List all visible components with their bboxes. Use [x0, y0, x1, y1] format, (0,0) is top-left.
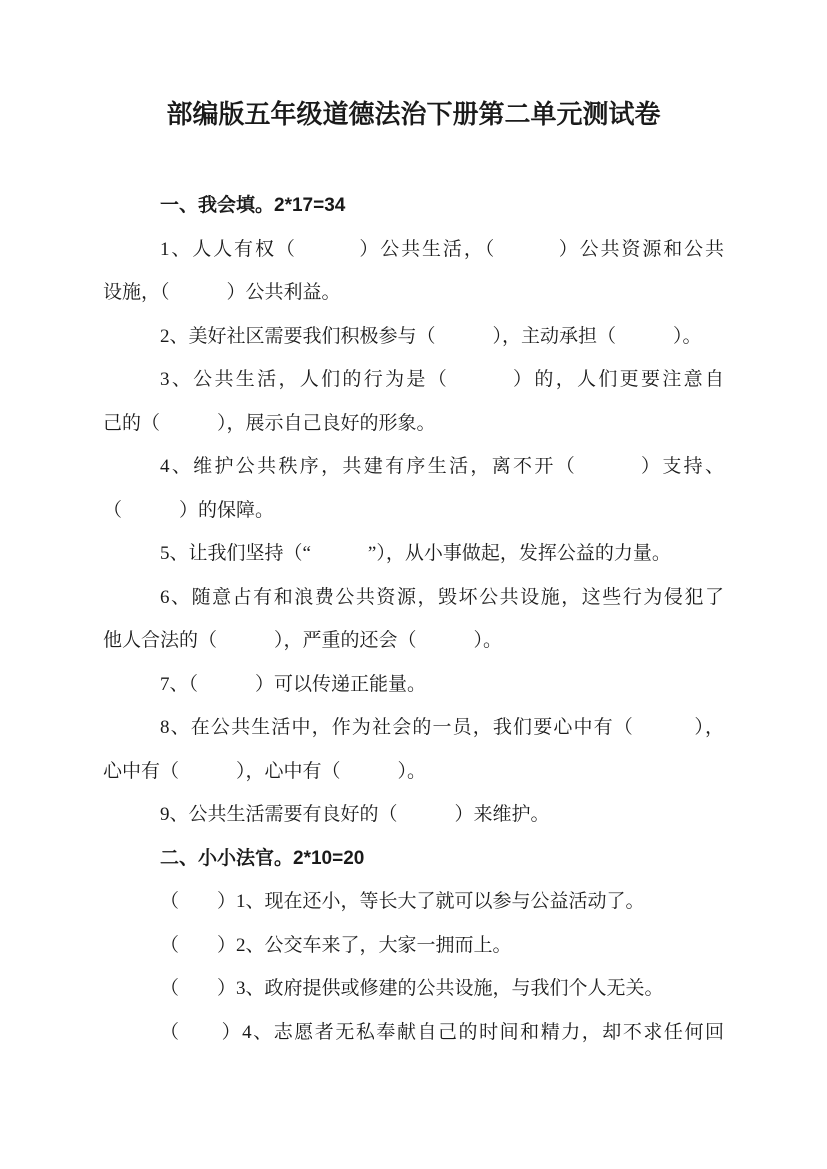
question-line: 8、在公共生活中，作为社会的一员，我们要心中有（ ），: [103, 706, 724, 750]
question-line: 9、公共生活需要有良好的（ ）来维护。: [103, 793, 724, 837]
question-line: 6、随意占有和浪费公共资源，毁坏公共设施，这些行为侵犯了: [103, 576, 724, 620]
judge-line: （ ）3、政府提供或修建的公共设施，与我们个人无关。: [103, 967, 724, 1011]
section-heading-fill-blanks: 一、我会填。2*17=34: [103, 184, 724, 228]
document-page: 部编版五年级道德法治下册第二单元测试卷 一、我会填。2*17=34 1、人人有权…: [0, 0, 827, 1169]
question-line: 2、美好社区需要我们积极参与（ ），主动承担（ ）。: [103, 315, 724, 359]
question-line: 3、公共生活，人们的行为是（ ）的，人们更要注意自: [103, 358, 724, 402]
question-line: 7、（ ）可以传递正能量。: [103, 663, 724, 707]
section-true-false: 二、小小法官。2*10=20 （ ）1、现在还小，等长大了就可以参与公益活动了。…: [103, 837, 724, 1055]
question-line: （ ）的保障。: [103, 489, 724, 533]
section-heading-true-false: 二、小小法官。2*10=20: [103, 837, 724, 881]
question-line: 4、维护公共秩序，共建有序生活，离不开（ ）支持、: [103, 445, 724, 489]
document-content: 部编版五年级道德法治下册第二单元测试卷 一、我会填。2*17=34 1、人人有权…: [0, 92, 827, 1054]
section-fill-blanks: 一、我会填。2*17=34 1、人人有权（ ）公共生活，（ ）公共资源和公共 设…: [103, 184, 724, 837]
question-line: 5、让我们坚持（“ ”），从小事做起，发挥公益的力量。: [103, 532, 724, 576]
judge-line: （ ）2、公交车来了，大家一拥而上。: [103, 924, 724, 968]
question-line: 1、人人有权（ ）公共生活，（ ）公共资源和公共: [103, 228, 724, 272]
judge-line: （ ）4、志愿者无私奉献自己的时间和精力，却不求任何回: [103, 1011, 724, 1055]
document-title: 部编版五年级道德法治下册第二单元测试卷: [103, 92, 724, 136]
question-line: 设施，（ ）公共利益。: [103, 271, 724, 315]
judge-line: （ ）1、现在还小，等长大了就可以参与公益活动了。: [103, 880, 724, 924]
question-line: 己的（ ），展示自己良好的形象。: [103, 402, 724, 446]
question-line: 他人合法的（ ），严重的还会（ ）。: [103, 619, 724, 663]
question-line: 心中有（ ），心中有（ ）。: [103, 750, 724, 794]
